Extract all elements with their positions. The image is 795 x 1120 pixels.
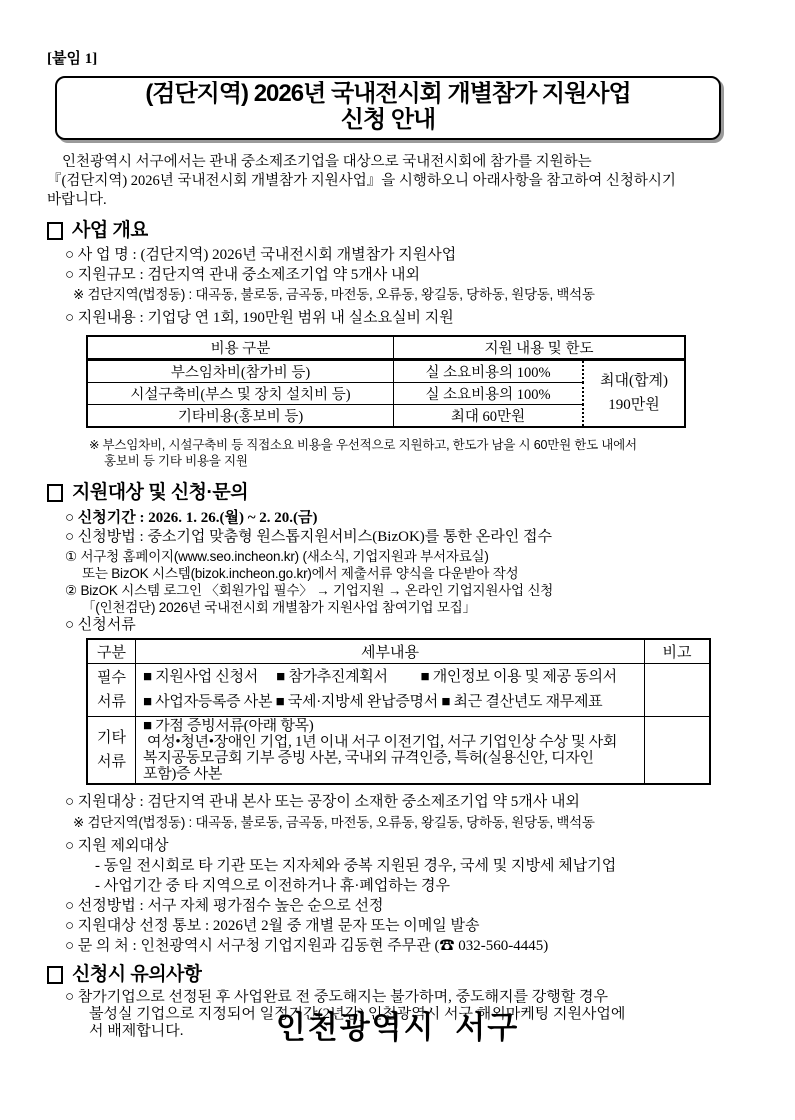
cost-table-header-row: 비용 구분 지원 내용 및 한도 — [87, 336, 685, 360]
document-page: [붙임 1] (검단지역) 2026년 국내전시회 개별참가 지원사업 신청 안… — [0, 0, 795, 1120]
documents-required-row: 필수 서류 ■ 지원사업 신청서 ■ 참가추진계획서 ■ 개인정보 이용 및 제… — [87, 664, 710, 717]
doc-header-detail: 세부내용 — [136, 639, 645, 664]
doc-other-remark-cell — [645, 717, 711, 785]
section-overview-title: 사업 개요 — [72, 219, 148, 243]
intro-paragraph: 인천광역시 서구에서는 관내 중소제조기업을 대상으로 국내전시회에 참가를 지… — [47, 153, 751, 210]
doc-required-remark-cell — [645, 664, 711, 717]
cost-max-line-1: 최대(합계) — [584, 369, 684, 393]
square-bullet-icon — [47, 484, 63, 502]
application-step2-line-2: 「(인천검단) 2026년 국내전시회 개별참가 지원사업 참여기업 모집」 — [65, 599, 751, 616]
cost-support-cell: 실 소요비용의 100% — [394, 382, 584, 404]
documents-table: 구분 세부내용 비고 필수 서류 ■ 지원사업 신청서 ■ 참가추진계획서 ■ … — [86, 638, 711, 785]
cost-table: 비용 구분 지원 내용 및 한도 부스임차비(참가비 등) 실 소요비용의 10… — [86, 335, 686, 428]
section-overview-heading: 사업 개요 — [47, 219, 751, 243]
doc-required-line-2: ■ 사업자등록증 사본 ■ 국세·지방세 완납증명서 ■ 최근 결산년도 재무제… — [143, 690, 640, 715]
cost-row: 부스임차비(참가비 등) 실 소요비용의 100% 최대(합계) 190만원 — [87, 359, 685, 382]
cost-header-support: 지원 내용 및 한도 — [394, 336, 686, 360]
doc-other-line-1: ■ 가점 증빙서류(아래 항목) — [143, 718, 640, 734]
cost-note: ※ 부스임차비, 시설구축비 등 직접소요 비용을 우선적으로 지원하고, 한도… — [89, 437, 751, 470]
contact-info: ○ 문 의 처 : 인천광역시 서구청 기업지원과 김동현 주무관 (☎ 032… — [65, 936, 751, 956]
section-caution-title: 신청시 유의사항 — [72, 963, 202, 987]
intro-line-3: 바랍니다. — [47, 191, 751, 210]
doc-required-label-line-1: 필수 — [88, 666, 135, 690]
attachment-label: [붙임 1] — [47, 50, 751, 68]
application-method: ○ 신청방법 : 중소기업 맞춤형 원스톱지원서비스(BizOK)를 통한 온라… — [65, 528, 751, 548]
cost-category-cell: 부스임차비(참가비 등) — [87, 359, 394, 382]
doc-other-label-line-1: 기타 — [88, 726, 135, 750]
doc-other-line-2: 여성•청년•장애인 기업, 1년 이내 서구 이전기업, 서구 기업인상 수상 … — [143, 734, 640, 750]
section-application-title: 지원대상 및 신청·문의 — [72, 481, 248, 505]
documents-label: ○ 신청서류 — [65, 616, 751, 636]
selection-notification: ○ 지원대상 선정 통보 : 2026년 2월 중 개별 문자 또는 이메일 발… — [65, 916, 751, 936]
application-items: ○ 신청기간 : 2026. 1. 26.(월) ~ 2. 20.(금) ○ 신… — [47, 509, 751, 636]
intro-line-1: 인천광역시 서구에서는 관내 중소제조기업을 대상으로 국내전시회에 참가를 지… — [47, 153, 751, 172]
selection-method: ○ 선정방법 : 서구 자체 평가점수 높은 순으로 선정 — [65, 896, 751, 916]
doc-header-remark: 비고 — [645, 639, 711, 664]
doc-other-label-line-2: 서류 — [88, 750, 135, 774]
documents-header-row: 구분 세부내용 비고 — [87, 639, 710, 664]
cost-note-line-1: ※ 부스임차비, 시설구축비 등 직접소요 비용을 우선적으로 지원하고, 한도… — [89, 437, 751, 454]
cost-support-cell: 최대 60만원 — [394, 404, 584, 427]
doc-required-label-line-2: 서류 — [88, 690, 135, 714]
exclusion-heading: ○ 지원 제외대상 — [65, 837, 751, 857]
cost-max-total-cell: 최대(합계) 190만원 — [583, 359, 685, 427]
title-box: (검단지역) 2026년 국내전시회 개별참가 지원사업 신청 안내 — [55, 76, 721, 140]
section-application-heading: 지원대상 및 신청·문의 — [47, 481, 751, 505]
doc-required-label: 필수 서류 — [87, 664, 136, 717]
overview-items: ○ 사 업 명 : (검단지역) 2026년 국내전시회 개별참가 지원사업 ○… — [47, 246, 751, 329]
application-step2-line-1: ② BizOK 시스템 로그인 〈회원가입 필수〉 → 기업지원 → 온라인 기… — [65, 582, 751, 599]
section-caution-heading: 신청시 유의사항 — [47, 963, 751, 987]
cost-category-cell: 기타비용(홍보비 등) — [87, 404, 394, 427]
cost-support-cell: 실 소요비용의 100% — [394, 359, 584, 382]
target-items: ○ 지원대상 : 검단지역 관내 본사 또는 공장이 소재한 중소제조기업 약 … — [47, 793, 751, 956]
square-bullet-icon — [47, 966, 63, 984]
application-target-note: ※ 검단지역(법정동) : 대곡동, 불로동, 금곡동, 마전동, 오류동, 왕… — [65, 813, 751, 832]
overview-item-scale: ○ 지원규모 : 검단지역 관내 중소제조기업 약 5개사 내외 — [65, 266, 751, 286]
title-line-1: (검단지역) 2026년 국내전시회 개별참가 지원사업 — [61, 81, 715, 107]
doc-required-detail: ■ 지원사업 신청서 ■ 참가추진계획서 ■ 개인정보 이용 및 제공 동의서 … — [136, 664, 645, 717]
cost-max-line-2: 190만원 — [584, 393, 684, 417]
application-target: ○ 지원대상 : 검단지역 관내 본사 또는 공장이 소재한 중소제조기업 약 … — [65, 793, 751, 813]
cost-category-cell: 시설구축비(부스 및 장치 설치비 등) — [87, 382, 394, 404]
cost-header-category: 비용 구분 — [87, 336, 394, 360]
doc-other-label: 기타 서류 — [87, 717, 136, 785]
documents-other-row: 기타 서류 ■ 가점 증빙서류(아래 항목) 여성•청년•장애인 기업, 1년 … — [87, 717, 710, 785]
overview-item-support: ○ 지원내용 : 기업당 연 1회, 190만원 범위 내 실소요실비 지원 — [65, 309, 751, 329]
overview-region-note: ※ 검단지역(법정동) : 대곡동, 불로동, 금곡동, 마전동, 오류동, 왕… — [65, 285, 751, 304]
exclusion-item-1: - 동일 전시회로 타 기관 또는 지자체와 중복 지원된 경우, 국세 및 지… — [65, 856, 751, 876]
doc-other-line-3: 복지공동모금회 기부 증빙 사본, 국내외 규격인증, 특허(실용신안, 디자인 — [143, 750, 640, 766]
application-period: ○ 신청기간 : 2026. 1. 26.(월) ~ 2. 20.(금) — [65, 509, 751, 529]
title-line-2: 신청 안내 — [61, 107, 715, 133]
document-content: [붙임 1] (검단지역) 2026년 국내전시회 개별참가 지원사업 신청 안… — [0, 0, 795, 1040]
doc-other-line-4: 포함)증 사본 — [143, 766, 640, 782]
overview-item-name: ○ 사 업 명 : (검단지역) 2026년 국내전시회 개별참가 지원사업 — [65, 246, 751, 266]
cost-note-line-2: 홍보비 등 기타 비용을 지원 — [89, 453, 751, 470]
footer-org-name: 인천광역시 서구 — [0, 1002, 795, 1047]
application-step1-line-1: ① 서구청 홈페이지(www.seo.incheon.kr) (새소식, 기업지… — [65, 548, 751, 565]
application-step1-line-2: 또는 BizOK 시스템(bizok.incheon.go.kr)에서 제출서류… — [65, 565, 751, 582]
doc-header-category: 구분 — [87, 639, 136, 664]
exclusion-item-2: - 사업기간 중 타 지역으로 이전하거나 휴·폐업하는 경우 — [65, 876, 751, 896]
square-bullet-icon — [47, 222, 63, 240]
intro-line-2: 『(검단지역) 2026년 국내전시회 개별참가 지원사업』을 시행하오니 아래… — [47, 172, 751, 191]
doc-required-line-1: ■ 지원사업 신청서 ■ 참가추진계획서 ■ 개인정보 이용 및 제공 동의서 — [143, 665, 640, 690]
doc-other-detail: ■ 가점 증빙서류(아래 항목) 여성•청년•장애인 기업, 1년 이내 서구 … — [136, 717, 645, 785]
